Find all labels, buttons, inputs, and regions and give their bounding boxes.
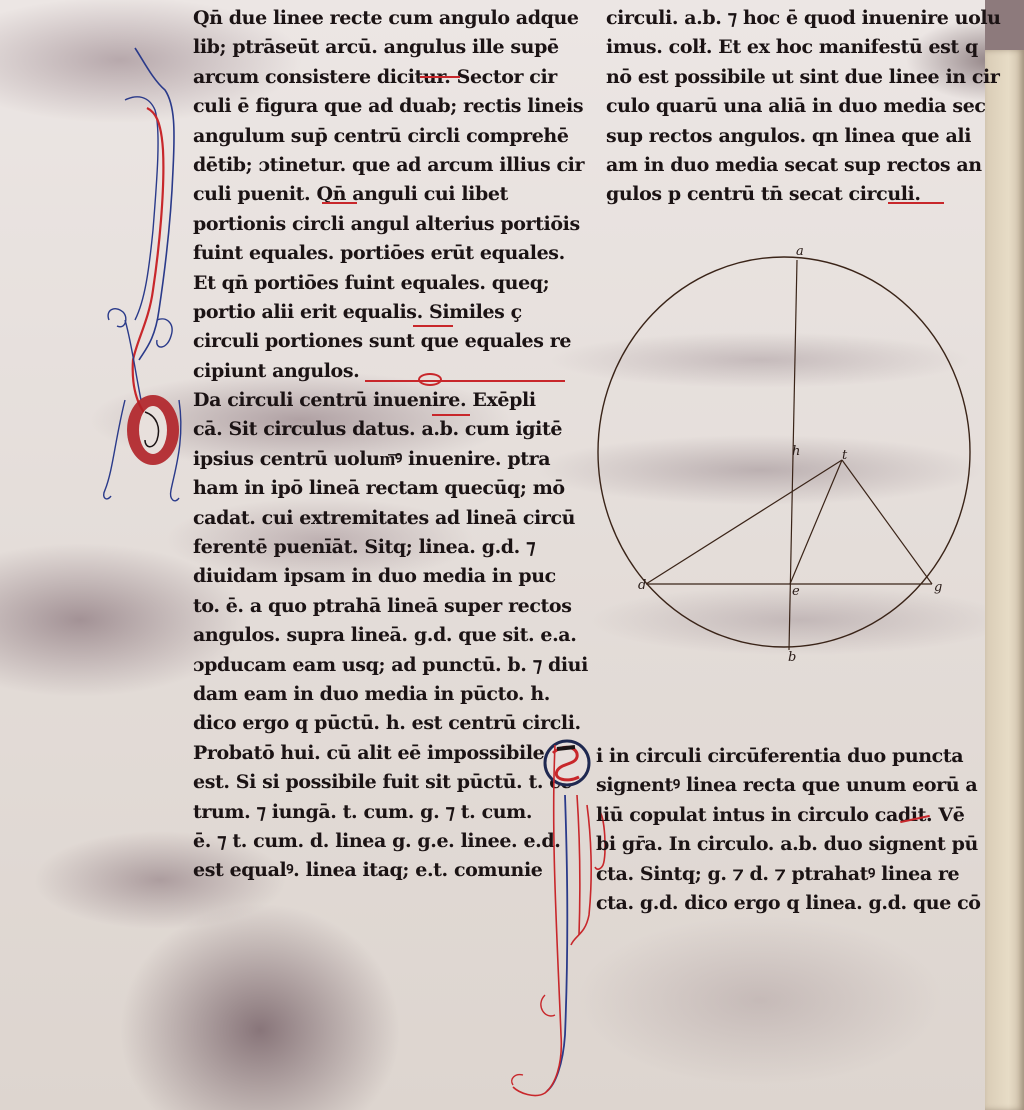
text-line: diuidam ipsam in duo media in puc — [193, 562, 573, 591]
text-line: arcum consistere dicitur. Sector cir — [193, 63, 573, 92]
text-line: Et qn̄ portiōes fuint equales. queq; — [193, 269, 573, 298]
geometry-diagram: a h t d e g b — [590, 240, 990, 670]
text-line: sup rectos angulos. qn linea que ali — [606, 122, 956, 151]
point-label-d: d — [638, 578, 646, 593]
text-line: ipsius centrū uolum͞ꝰ inuenire. ptra — [193, 445, 573, 474]
red-line-filler — [420, 76, 460, 78]
text-line: dam eam in duo media in pūcto. h. — [193, 680, 573, 709]
text-line: signentꝰ linea recta que unum eorū a — [596, 771, 946, 800]
text-line: circuli portiones sunt que equales re — [193, 327, 573, 356]
red-line-filler — [365, 380, 565, 382]
point-label-g: g — [934, 580, 942, 595]
text-line: Qn̄ due linee recte cum angulo adque — [193, 4, 573, 33]
left-flourish-initial — [95, 20, 195, 510]
text-line: bi gr̄a. In circulo. a.b. duo signent pū — [596, 830, 946, 859]
point-label-t: t — [842, 448, 847, 463]
text-line: cadat. cui extremitates ad lineā circū — [193, 504, 573, 533]
text-line: am in duo media secat sup rectos an — [606, 151, 956, 180]
text-line: cā. Sit circulus datus. a.b. cum igitē — [193, 415, 573, 444]
text-line: nō est possibile ut sint due linee in ci… — [606, 63, 956, 92]
red-line-filler — [432, 414, 470, 416]
text-line: liū copulat intus in circulo cadit. Vē — [596, 801, 946, 830]
right-text-column-bottom: i in circuli circūferentia duo puncta si… — [596, 742, 946, 918]
red-loop-ornament — [418, 373, 442, 386]
red-line-filler — [413, 325, 453, 327]
point-label-e: e — [792, 584, 800, 599]
text-line: fuint equales. portiōes erūt equales. — [193, 239, 573, 268]
text-line: portio alii erit equalis. Similes ç — [193, 298, 573, 327]
point-label-a: a — [796, 244, 804, 259]
text-line: cta. g.d. dico ergo q linea. g.d. que cō — [596, 889, 946, 918]
facing-page-edge — [985, 50, 1024, 1110]
text-line: lib; ptrāseūt arcū. angulus ille supē — [193, 33, 573, 62]
text-line: i in circuli circūferentia duo puncta — [596, 742, 946, 771]
text-line: gulos p centrū tn̄ secat circuli. — [606, 180, 956, 209]
text-line: angulum sup̄ centrū circli comprehē — [193, 122, 573, 151]
point-label-h: h — [792, 444, 800, 459]
text-line: culi puenit. Qn̄ anguli cui libet — [193, 180, 573, 209]
text-line: dētib; ɔtinetur. que ad arcum illius cir — [193, 151, 573, 180]
red-line-filler — [322, 202, 357, 204]
text-line: culo quarū una aliā in duo media sec — [606, 92, 956, 121]
text-line: ferentē puenīāt. Sitq; linea. g.d. ⁊ — [193, 533, 573, 562]
right-text-column-top: circuli. a.b. ⁊ hoc ē quod inuenire uolu… — [606, 4, 956, 210]
text-line: angulos. supra lineā. g.d. que sit. e.a. — [193, 621, 573, 650]
text-line: portionis circli angul alterius portiōis — [193, 210, 573, 239]
text-line: culi ē figura que ad duab; rectis lineis — [193, 92, 573, 121]
text-line: to. ē. a quo ptrahā lineā super rectos — [193, 592, 573, 621]
text-line: ham in ipō lineā rectam quecūq; mō — [193, 474, 573, 503]
point-label-b: b — [788, 650, 796, 665]
text-line: cta. Sintq; g. ⁊ d. ⁊ ptrahatꝰ linea re — [596, 860, 946, 889]
text-line: Da circuli centrū inuenire. Exēpli — [193, 386, 573, 415]
text-line: imus. colł. Et ex hoc manifestū est q — [606, 33, 956, 62]
red-line-filler — [888, 202, 944, 204]
circle-diagram-figure — [590, 240, 990, 670]
text-line: ɔpducam eam usq; ad punctū. b. ⁊ diui — [193, 651, 573, 680]
text-line: circuli. a.b. ⁊ hoc ē quod inuenire uolu — [606, 4, 956, 33]
